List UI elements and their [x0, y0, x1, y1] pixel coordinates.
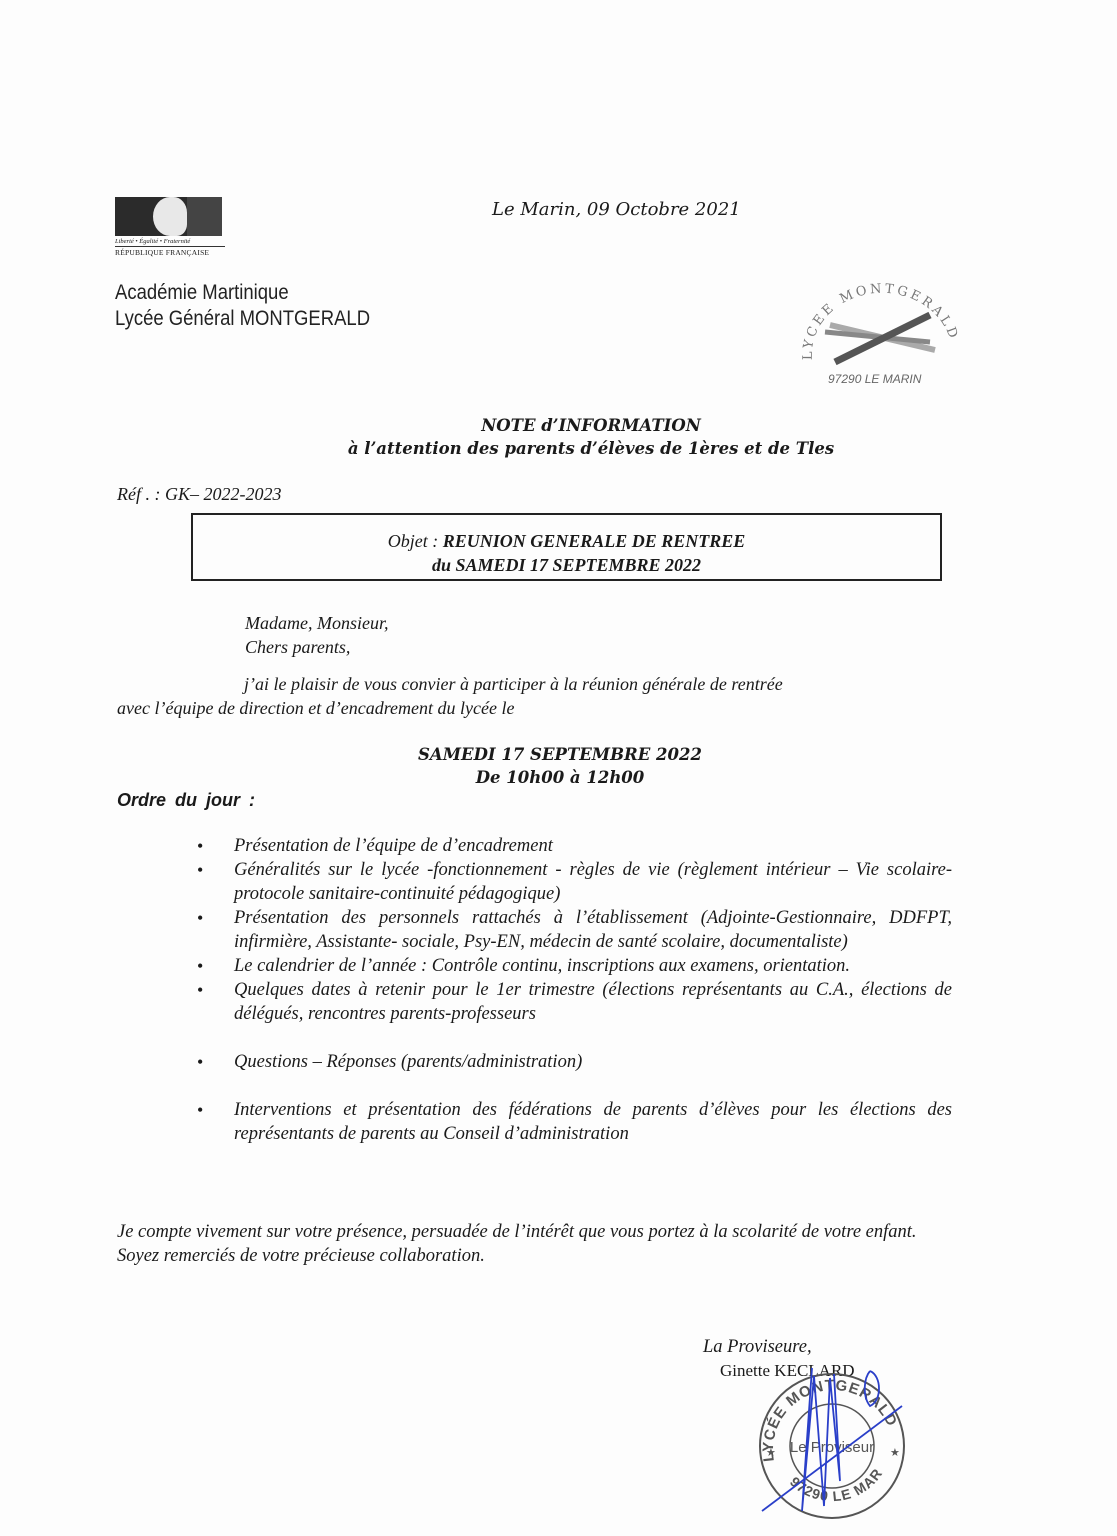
- republique-francaise-logo: Liberté • Égalité • Fraternité RÉPUBLIQU…: [115, 197, 225, 257]
- agenda-item: Le calendrier de l’année : Contrôle cont…: [197, 954, 952, 978]
- svg-text:★: ★: [890, 1446, 900, 1459]
- agenda-item: Quelques dates à retenir pour le 1er tri…: [197, 978, 952, 1026]
- school-name: Lycée Général MONTGERALD: [115, 306, 370, 332]
- institution-block: Académie Martinique Lycée Général MONTGE…: [115, 280, 370, 332]
- closing-paragraph: Je compte vivement sur votre présence, p…: [117, 1220, 952, 1268]
- subject-line1: REUNION GENERALE DE RENTREE: [443, 531, 746, 551]
- marianne-icon: [115, 197, 222, 236]
- logo-motto: Liberté • Égalité • Fraternité: [115, 238, 225, 245]
- agenda-item: Questions – Réponses (parents/administra…: [197, 1050, 952, 1074]
- school-stamp-icon: LYCEE MONTGERALD 97290 LE MARIN: [790, 270, 970, 390]
- principal-stamp-icon: LYCÉE MONTGERALD 97290 LE MARIN Le Provi…: [752, 1366, 912, 1526]
- reference: Réf . : GK– 2022-2023: [117, 484, 281, 505]
- subject-box: Objet : REUNION GENERALE DE RENTREE du S…: [191, 513, 942, 581]
- intro-paragraph: j’ai le plaisir de vous convier à partic…: [117, 672, 952, 720]
- agenda-item: Interventions et présentation des fédéra…: [197, 1098, 952, 1146]
- agenda-item: Présentation de l’équipe de d’encadremen…: [197, 834, 952, 858]
- event-date: SAMEDI 17 SEPTEMBRE 2022: [0, 743, 1117, 766]
- agenda-item: Généralités sur le lycée -fonctionnement…: [197, 858, 952, 906]
- agenda-item: Présentation des personnels rattachés à …: [197, 906, 952, 954]
- salutation-line1: Madame, Monsieur,: [245, 611, 388, 635]
- svg-text:LYCEE MONTGERALD: LYCEE MONTGERALD: [801, 282, 962, 361]
- event-datetime: SAMEDI 17 SEPTEMBRE 2022 De 10h00 à 12h0…: [0, 743, 1117, 789]
- signatory-title: La Proviseure,: [703, 1337, 812, 1358]
- subject-line2: du SAMEDI 17 SEPTEMBRE 2022: [432, 555, 701, 575]
- salutation-line2: Chers parents,: [245, 635, 388, 659]
- logo-republic: RÉPUBLIQUE FRANÇAISE: [115, 246, 225, 257]
- title-line2: à l’attention des parents d’élèves de 1è…: [0, 437, 1117, 460]
- academy-name: Académie Martinique: [115, 280, 370, 306]
- document-title: NOTE d’INFORMATION à l’attention des par…: [0, 414, 1117, 460]
- intro-line1: j’ai le plaisir de vous convier à partic…: [117, 672, 952, 696]
- agenda-list: Présentation de l’équipe de d’encadremen…: [197, 834, 952, 1146]
- place-date: Le Marin, 09 Octobre 2021: [492, 199, 741, 220]
- agenda-heading: Ordre du jour :: [117, 790, 255, 811]
- title-line1: NOTE d’INFORMATION: [0, 414, 1117, 437]
- intro-line2: avec l’équipe de direction et d’encadrem…: [117, 696, 952, 720]
- svg-text:Le Proviseur: Le Proviseur: [790, 1439, 874, 1456]
- svg-text:97290 LE MARIN: 97290 LE MARIN: [828, 372, 922, 386]
- event-time: De 10h00 à 12h00: [0, 766, 1117, 789]
- salutation: Madame, Monsieur, Chers parents,: [245, 611, 388, 659]
- svg-text:★: ★: [766, 1446, 776, 1459]
- subject-label: Objet :: [388, 531, 443, 551]
